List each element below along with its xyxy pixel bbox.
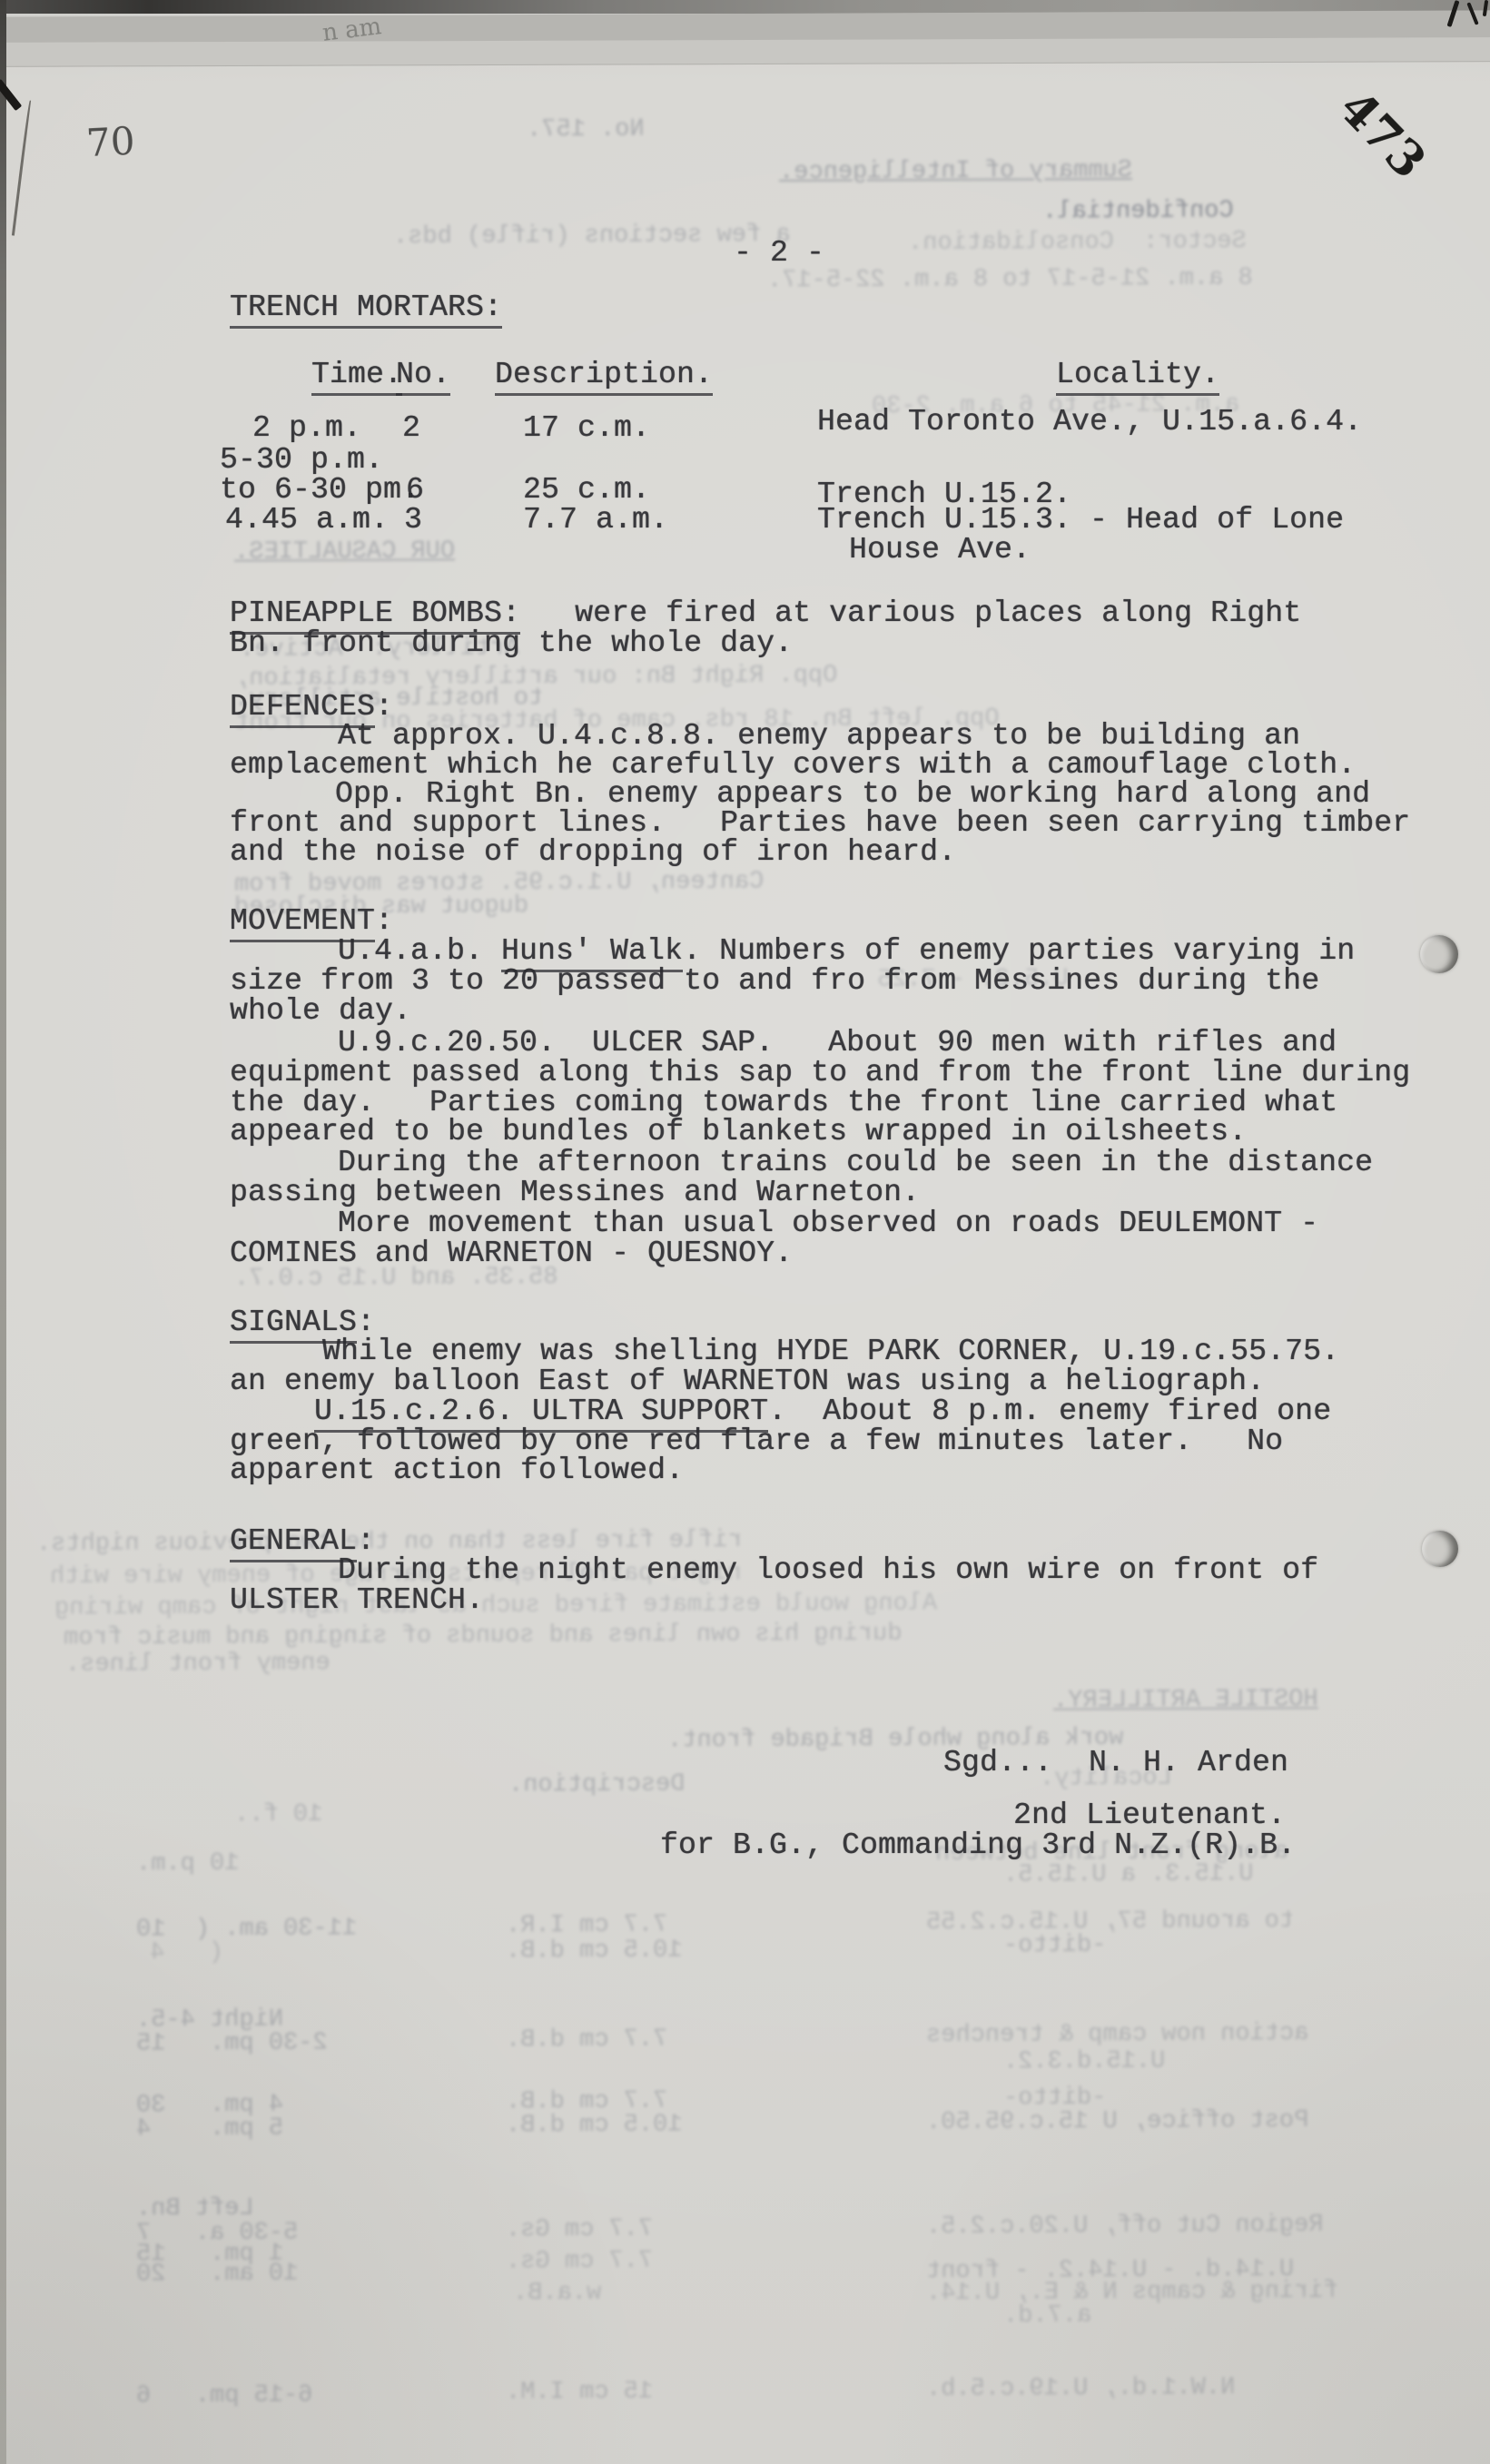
typed-line: U.4.a.b. Huns' Walk. Numbers of enemy pa… <box>338 936 1355 966</box>
typed-line: for B.G., Commanding 3rd N.Z.(R).B. <box>660 1830 1296 1860</box>
typed-line: Description. <box>495 360 713 389</box>
typed-line: 4.45 a.m. <box>225 505 389 535</box>
typed-line: 5-30 p.m. <box>220 445 383 475</box>
typed-line: the day. Parties coming towards the fron… <box>230 1088 1337 1118</box>
punch-hole <box>1422 1531 1458 1567</box>
typed-line: Locality. <box>1056 360 1219 389</box>
bleedthrough-text: 7.7 cm d.B. <box>506 2028 667 2054</box>
typed-text: were fired at various places along Right <box>520 596 1301 630</box>
bleedthrough-text: No. 157. <box>527 118 645 143</box>
typed-text: . About 8 p.m. enemy fired one <box>768 1395 1331 1428</box>
typed-text: . Numbers of enemy parties varying in <box>683 934 1355 968</box>
typed-line: Time. <box>311 360 402 389</box>
bleedthrough-text: 10 f.. <box>234 1803 322 1828</box>
typed-line: 2nd Lieutenant. <box>1013 1800 1286 1830</box>
typed-line: emplacement which he carefully covers wi… <box>230 750 1356 780</box>
typed-line: ULSTER TRENCH. <box>230 1585 484 1615</box>
bleedthrough-text: 6-15 pm. 6 <box>136 2383 313 2409</box>
typed-line: During the night enemy loosed his own wi… <box>338 1555 1318 1585</box>
typed-line: 6 <box>406 475 424 505</box>
bleedthrough-text: Summary of Intelligence. <box>779 159 1132 185</box>
bleedthrough-text: to around 57, U.15.c.2.55 <box>926 1909 1294 1936</box>
typed-text: an enemy balloon East of WARNETON was us… <box>230 1365 1265 1398</box>
typed-line: MOVEMENT: <box>230 906 393 936</box>
typed-text: During the night enemy loosed his own wi… <box>338 1553 1318 1587</box>
typed-line: TRENCH MORTARS: <box>230 292 502 322</box>
typed-text: Head Toronto Ave., U.15.a.6.4. <box>817 405 1362 439</box>
typed-line: DEFENCES: <box>230 692 393 722</box>
bleedthrough-text: 7.7 cm Gs. <box>506 2250 653 2275</box>
typed-heading: Time. <box>311 358 402 396</box>
typed-text: to 6-30 pm. <box>220 473 419 507</box>
typed-line: 3 <box>404 505 422 535</box>
typed-line: green, followed by one red flare a few m… <box>230 1426 1283 1456</box>
bleedthrough-text: OUR CASUALTIES. <box>234 539 455 565</box>
typed-line: During the afternoon trains could be see… <box>338 1148 1373 1178</box>
typed-text: Trench U.15.3. - Head of Lone <box>817 503 1344 537</box>
typed-text: During the afternoon trains could be see… <box>338 1146 1373 1179</box>
bleedthrough-text: ( 4 <box>150 1941 223 1966</box>
typed-text: 17 c.m. <box>523 411 650 445</box>
bleedthrough-text: U.15.3. a U.15.5. <box>1003 1862 1254 1887</box>
typed-line: House Ave. <box>849 535 1031 565</box>
bleedthrough-text: firing & camps N & E., U.14. <box>926 2280 1338 2306</box>
bleedthrough-text: Along would estimate fired such as last … <box>54 1592 937 1621</box>
typed-line: Bn. front during the whole day. <box>230 628 793 658</box>
handwritten-annotation: 70 <box>85 119 136 166</box>
typed-line: U.15.c.2.6. ULTRA SUPPORT. About 8 p.m. … <box>314 1396 1331 1426</box>
document-scan: No. 157.Summary of Intelligence.Confiden… <box>0 0 1490 2464</box>
typed-text: apparent action followed. <box>230 1454 684 1487</box>
typed-text: - 2 - <box>734 236 824 270</box>
typed-line: apparent action followed. <box>230 1455 684 1485</box>
paper-top-fold <box>0 37 1490 67</box>
bleedthrough-text: N.W.1.d., U.19.c.5.b. <box>926 2376 1235 2402</box>
bleedthrough-text: 15 cm I.M. <box>506 2380 653 2406</box>
typed-line: passing between Messines and Warneton. <box>230 1178 920 1207</box>
typed-line: No. <box>396 360 450 389</box>
bleedthrough-text: 10.5 cm d.B. <box>506 2113 683 2138</box>
typed-heading: No. <box>396 358 450 396</box>
typed-text: appeared to be bundles of blankets wrapp… <box>230 1115 1247 1148</box>
typed-text: Sgd... N. H. Arden <box>943 1746 1288 1779</box>
typed-text: 25 c.m. <box>523 473 650 507</box>
typed-line: Opp. Right Bn. enemy appears to be worki… <box>335 779 1370 809</box>
bleedthrough-text: HOSTILE ARTILLERY. <box>1053 1688 1318 1714</box>
typed-text: 2nd Lieutenant. <box>1013 1799 1286 1832</box>
typed-line: U.9.c.20.50. ULCER SAP. About 90 men wit… <box>338 1028 1337 1058</box>
typed-line: 25 c.m. <box>523 475 650 505</box>
typed-text: ULSTER TRENCH. <box>230 1583 484 1617</box>
typed-text: for B.G., Commanding 3rd N.Z.(R).B. <box>660 1828 1296 1862</box>
bleedthrough-text: a few sections (rifle) bds. <box>393 223 791 250</box>
typed-text: equipment passed along this sap to and f… <box>230 1056 1410 1089</box>
typed-line: and the noise of dropping of iron heard. <box>230 837 956 867</box>
typed-line: whole day. <box>230 996 411 1026</box>
typed-line: 2 p.m. <box>252 413 361 443</box>
typed-text: 2 p.m. <box>252 411 361 445</box>
typed-text: passing between Messines and Warneton. <box>230 1176 920 1209</box>
bleedthrough-text: 10 am. 20 <box>136 2262 298 2288</box>
typed-line: to 6-30 pm. <box>220 475 419 505</box>
bleedthrough-text: 5 pm. 4 <box>136 2117 283 2143</box>
typed-line: Head Toronto Ave., U.15.a.6.4. <box>817 407 1362 437</box>
bleedthrough-text: Confidential. <box>1042 199 1234 224</box>
typed-line: More movement than usual observed on roa… <box>338 1208 1318 1238</box>
typed-text: 4.45 a.m. <box>225 503 389 537</box>
typed-line: While enemy was shelling HYDE PARK CORNE… <box>322 1336 1339 1366</box>
bleedthrough-text: w.a.B. <box>513 2282 601 2307</box>
bleedthrough-text: -ditto- <box>1003 1934 1107 1959</box>
bleedthrough-text: 10 p.m. <box>136 1852 240 1878</box>
typed-text: House Ave. <box>849 533 1031 567</box>
typed-line: PINEAPPLE BOMBS: were fired at various p… <box>230 598 1301 628</box>
typed-text: 5-30 p.m. <box>220 443 383 477</box>
typed-line: Trench U.15.3. - Head of Lone <box>817 505 1344 535</box>
typed-line: GENERAL: <box>230 1526 375 1556</box>
typed-heading: Locality. <box>1056 358 1219 396</box>
typed-line: 7.7 a.m. <box>523 505 668 535</box>
typed-line: 2 <box>402 413 420 443</box>
bleedthrough-text: 7.7 cm I.R. <box>506 1914 667 1939</box>
typed-line: appeared to be bundles of blankets wrapp… <box>230 1117 1247 1147</box>
typed-line: At approx. U.4.c.8.8. enemy appears to b… <box>338 721 1300 751</box>
bleedthrough-text: Region Cut off, U.20.c.2.5. <box>926 2213 1324 2240</box>
bleedthrough-text: Left Bn. <box>136 2197 254 2223</box>
typed-line: equipment passed along this sap to and f… <box>230 1058 1410 1088</box>
typed-text: U.4.a.b. <box>338 934 501 968</box>
bleedthrough-text: action now camp & trenches <box>926 2022 1308 2048</box>
typed-text: Bn. front during the whole day. <box>230 626 793 660</box>
bleedthrough-text: Post office, U 15.c.95.50. <box>926 2109 1308 2135</box>
typed-text: While enemy was shelling HYDE PARK CORNE… <box>322 1335 1339 1368</box>
typed-line: an enemy balloon East of WARNETON was us… <box>230 1366 1265 1396</box>
bleedthrough-text: enemy front lines. <box>65 1651 331 1678</box>
bleedthrough-text: 8 a.m. 21-5-17 to 8 a.m. 22-5-17. <box>767 267 1253 294</box>
bleedthrough-text: Sector: Consolidation. <box>908 230 1247 256</box>
bleedthrough-text: U.15.d.3.2. <box>1003 2050 1165 2075</box>
bleedthrough-text: 2-30 pm. 15 <box>136 2031 328 2056</box>
punch-hole <box>1420 935 1458 973</box>
typed-text: More movement than usual observed on roa… <box>338 1207 1318 1240</box>
typed-text: 3 <box>404 503 422 537</box>
typed-text: 7.7 a.m. <box>523 503 668 537</box>
bleedthrough-text: a.7.d. <box>1003 2304 1091 2330</box>
typed-text: : <box>375 904 393 938</box>
typed-line: size from 3 to 20 passed to and fro from… <box>230 966 1319 996</box>
typed-text: size from 3 to 20 passed to and fro from… <box>230 964 1319 998</box>
typed-heading: TRENCH MORTARS: <box>230 291 502 329</box>
typed-line: Sgd... N. H. Arden <box>943 1748 1288 1778</box>
typed-heading: Description. <box>495 358 713 396</box>
typed-text: U.9.c.20.50. ULCER SAP. About 90 men wit… <box>338 1026 1337 1060</box>
bleedthrough-text: during his own lines and sounds of singi… <box>64 1622 903 1651</box>
typed-line: COMINES and WARNETON - QUESNOY. <box>230 1238 793 1268</box>
bleedthrough-text: 7.7 cm Gs. <box>506 2218 653 2243</box>
scan-left-edge <box>0 0 6 2464</box>
typed-text: 2 <box>402 411 420 445</box>
typed-line: front and support lines. Parties have be… <box>230 808 1410 838</box>
typed-text: whole day. <box>230 994 411 1028</box>
bleedthrough-text: Description. <box>508 1772 686 1798</box>
typed-text: COMINES and WARNETON - QUESNOY. <box>230 1237 793 1270</box>
typed-text: and the noise of dropping of iron heard. <box>230 835 956 869</box>
bleedthrough-text: 10.5 cm d.B. <box>506 1938 683 1964</box>
typed-text: 6 <box>406 473 424 507</box>
typed-line: - 2 - <box>734 238 824 268</box>
typed-line: SIGNALS: <box>230 1307 375 1337</box>
typed-line: 17 c.m. <box>523 413 650 443</box>
